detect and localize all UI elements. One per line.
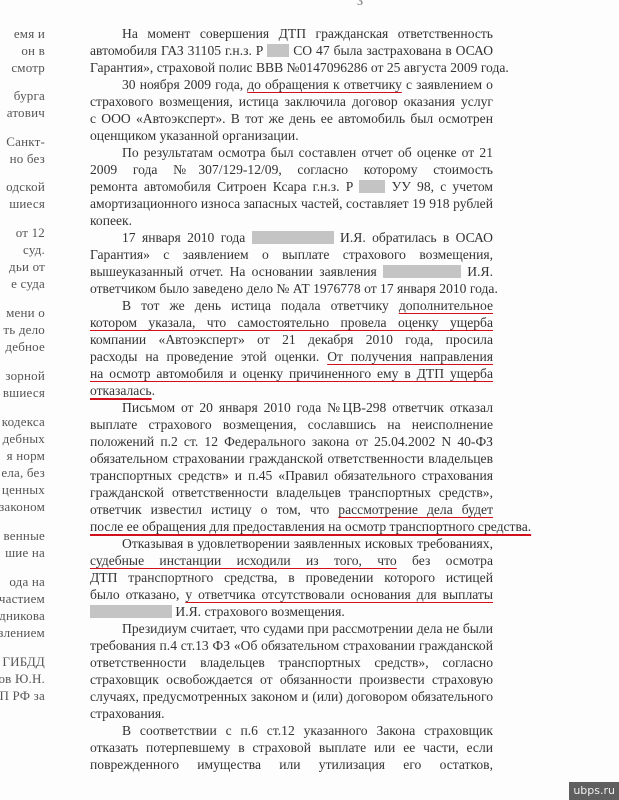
text-span: И.Я. страхового возмещения.: [172, 604, 345, 619]
text-span: требования п.4 ст.13 ФЗ «Об обязательном…: [90, 638, 493, 653]
margin-fragment: ода на: [9, 574, 45, 590]
margin-fragment: ела, без: [1, 465, 45, 481]
text-line: ответственности владельцев транспортных …: [90, 655, 493, 671]
margin-fragment: Санкт-: [6, 134, 45, 150]
text-span: гражданской ответственности владельцев т…: [90, 485, 493, 501]
text-span: поврежденного имущества или утилизация е…: [90, 757, 493, 773]
margin-fragment: зорной: [5, 368, 45, 384]
text-span: По результатам осмотра был составлен отч…: [90, 145, 493, 161]
text-line: На момент совершения ДТП гражданская отв…: [90, 26, 493, 42]
text-span: страхового возмещения, истица заключила …: [90, 94, 493, 110]
text-line: 30 ноября 2009 года, до обращения к отве…: [90, 77, 493, 93]
text-span: было отказано,: [90, 587, 185, 602]
scanned-document-page: 3 емя ион всмотрбургаатовичСанкт-но безо…: [0, 0, 619, 800]
page-number: 3: [357, 0, 363, 9]
text-line: требования п.4 ст.13 ФЗ «Об обязательном…: [90, 638, 493, 654]
redacted-name-block: [383, 265, 461, 278]
redacted-name-block: [252, 231, 334, 244]
text-line: транспортных средств» и п.45 «Правил обя…: [90, 468, 493, 484]
text-line: случаях, предусмотренных законом и (или)…: [90, 689, 493, 705]
margin-fragment: суд.: [23, 242, 45, 258]
red-underlined-phrase: котором указала, что самостоятельно пров…: [90, 315, 493, 331]
margin-fragment: атович: [7, 105, 45, 121]
text-span: ответчик известил истицу о том, что: [90, 502, 338, 517]
text-line: автомобиля ГАЗ 31105 г.н.з. Р СО 47 была…: [90, 43, 493, 59]
text-line: расходы на проведение этой оценки. От по…: [90, 349, 493, 365]
text-span: Гарантия», страховой полис ВВВ №01470962…: [90, 60, 509, 75]
text-line: страхования.: [90, 706, 493, 722]
margin-fragment: емя и: [14, 26, 45, 42]
text-line: страхового возмещения, истица заключила …: [90, 94, 493, 110]
text-span: Отказывая в удовлетворении заявленных ис…: [122, 536, 493, 551]
text-span: транспортных средств» и п.45 «Правил обя…: [90, 468, 493, 483]
text-span: автомобиля ГАЗ 31105 г.н.з. Р: [90, 43, 267, 58]
redacted-name-block: [267, 44, 289, 57]
margin-fragment: венные: [4, 528, 45, 544]
text-line: И.Я. страхового возмещения.: [90, 604, 493, 620]
margin-fragment: П РФ за: [0, 688, 45, 704]
text-line: ответчик известил истицу о том, что расс…: [90, 502, 493, 518]
text-span: В соответствии с п.6 ст.12 указанного За…: [90, 723, 493, 739]
text-span: отказать потерпевшему в страховой выплат…: [90, 740, 493, 756]
red-underlined-phrase: на осмотр автомобиля и оценку причиненно…: [90, 366, 493, 382]
text-line: ремонта автомобиля Ситроен Ксара г.н.з. …: [90, 179, 493, 195]
margin-fragment: шиеся: [9, 196, 45, 212]
margin-fragment: законом: [0, 499, 45, 515]
margin-fragment: но без: [10, 151, 45, 167]
text-span: 17 января 2010 года: [122, 230, 252, 245]
text-line: Письмом от 20 января 2010 года №ЦВ-298 о…: [90, 400, 493, 416]
text-line: с ООО «Автоэксперт». В тот же день ее ав…: [90, 111, 493, 127]
site-watermark: ubps.ru: [569, 782, 619, 800]
margin-fragment: е суда: [11, 276, 45, 292]
margin-fragment: ГИБДД: [2, 654, 45, 670]
text-line: Гарантия» с заявлением о выплате страхов…: [90, 247, 493, 263]
text-span: положений п.2 ст. 12 Федерального закона…: [90, 434, 493, 450]
red-underlined-phrase: после ее обращения для предоставления на…: [90, 519, 531, 534]
text-line: гражданской ответственности владельцев т…: [90, 485, 493, 501]
text-span: случаях, предусмотренных законом и (или)…: [90, 689, 493, 704]
text-line: после ее обращения для предоставления на…: [90, 519, 493, 535]
margin-fragment: от 12: [16, 225, 45, 241]
margin-fragment: ов Ю.Н.: [0, 671, 45, 687]
margin-fragment: шие на: [5, 545, 45, 561]
text-line: выплате страхового возмещения, сославшис…: [90, 417, 493, 433]
text-span: Гарантия» с заявлением о выплате страхов…: [90, 247, 493, 263]
margin-fragment: мени о: [6, 305, 45, 321]
redacted-name-block: [90, 605, 172, 618]
red-underlined-phrase: у ответчика отсутствовали основания для …: [185, 587, 493, 602]
text-line: отказалась.: [90, 383, 493, 399]
text-line: положений п.2 ст. 12 Федерального закона…: [90, 434, 493, 450]
margin-fragment: я норм: [7, 448, 45, 464]
text-line: поврежденного имущества или утилизация е…: [90, 757, 493, 773]
text-span: обязательном страховании гражданской отв…: [90, 451, 493, 466]
text-line: обязательном страховании гражданской отв…: [90, 451, 493, 467]
text-span: 30 ноября 2009 года,: [122, 77, 247, 92]
margin-fragment: дебное: [5, 339, 45, 355]
text-span: с ООО «Автоэксперт». В тот же день ее ав…: [90, 111, 493, 126]
margin-fragment: частием: [0, 591, 45, 607]
margin-fragment: дникова: [0, 608, 45, 624]
text-span: вышеуказанный отчет. На основании заявле…: [90, 264, 383, 279]
text-line: на осмотр автомобиля и оценку причиненно…: [90, 366, 493, 382]
text-line: В тот же день истица подала ответчику до…: [90, 298, 493, 314]
text-line: компании «Автоэксперт» от 21 декабря 201…: [90, 332, 493, 348]
margin-fragment: злением: [0, 625, 45, 641]
text-span: В тот же день истица подала ответчику: [122, 298, 399, 313]
red-underlined-phrase: до обращения к ответчику: [247, 77, 402, 92]
margin-fragment: бурга: [14, 88, 45, 104]
margin-fragment: ценных: [2, 482, 45, 498]
text-span: выплате страхового возмещения, сославшис…: [90, 417, 493, 433]
margin-fragment: он в: [21, 43, 45, 59]
text-line: страховщик освобождается от обязанности …: [90, 672, 493, 688]
red-underlined-phrase: отказалась: [90, 383, 152, 398]
text-line: По результатам осмотра был составлен отч…: [90, 145, 493, 161]
text-line: было отказано, у ответчика отсутствовали…: [90, 587, 493, 603]
text-line: амортизационного износа запасных частей,…: [90, 196, 493, 212]
text-line: судебные инстанции исходили из того, что…: [90, 553, 493, 569]
margin-fragment: дебных: [3, 431, 45, 447]
margin-fragment: вшиеся: [3, 385, 45, 401]
text-span: страховщик освобождается от обязанности …: [90, 672, 493, 688]
text-span: Письмом от 20 января 2010 года №ЦВ-298 о…: [90, 400, 493, 416]
text-span: ремонта автомобиля Ситроен Ксара г.н.з. …: [90, 179, 359, 194]
margin-fragment: ть дело: [3, 322, 45, 338]
text-line: отказать потерпевшему в страховой выплат…: [90, 740, 493, 756]
text-line: 17 января 2010 года И.Я. обратилась в ОС…: [90, 230, 493, 246]
text-span: .: [152, 383, 155, 398]
redacted-name-block: [359, 180, 385, 193]
text-span: амортизационного износа запасных частей,…: [90, 196, 493, 212]
text-line: котором указала, что самостоятельно пров…: [90, 315, 493, 331]
margin-fragment: одской: [6, 179, 45, 195]
text-span: копеек.: [90, 213, 132, 228]
red-underlined-phrase: судебные инстанции исходили из того, что: [90, 553, 397, 568]
text-span: И.Я.: [461, 264, 493, 279]
text-line: Гарантия», страховой полис ВВВ №01470962…: [90, 60, 493, 76]
text-span: Президиум считает, что судами при рассмо…: [90, 621, 493, 637]
text-span: оценщиком указанной организации.: [90, 128, 299, 143]
text-span: страхования.: [90, 706, 165, 721]
text-span: ответчиком было заведено дело № АТ 19767…: [90, 281, 498, 296]
text-span: расходы на проведение этой оценки.: [90, 349, 327, 364]
text-line: Президиум считает, что судами при рассмо…: [90, 621, 493, 637]
text-span: На момент совершения ДТП гражданская отв…: [90, 26, 493, 42]
text-line: Отказывая в удовлетворении заявленных ис…: [90, 536, 493, 552]
margin-fragment: дьи от: [9, 259, 45, 275]
text-span: УУ 98, с учетом: [385, 179, 493, 194]
text-span: компании «Автоэксперт» от 21 декабря 201…: [90, 332, 493, 348]
text-line: вышеуказанный отчет. На основании заявле…: [90, 264, 493, 280]
text-line: 2009 года №307/129-12/09, согласно котор…: [90, 162, 493, 178]
margin-fragment: смотр: [11, 60, 45, 76]
text-line: оценщиком указанной организации.: [90, 128, 493, 144]
text-line: ответчиком было заведено дело № АТ 19767…: [90, 281, 493, 297]
text-line: ДТП транспортного средства, в проведении…: [90, 570, 493, 586]
text-span: ДТП транспортного средства, в проведении…: [90, 570, 493, 586]
text-span: 2009 года №307/129-12/09, согласно котор…: [90, 162, 493, 178]
text-span: ответственности владельцев транспортных …: [90, 655, 493, 671]
text-line: В соответствии с п.6 ст.12 указанного За…: [90, 723, 493, 739]
text-line: копеек.: [90, 213, 493, 229]
margin-fragment: кодекса: [2, 414, 45, 430]
